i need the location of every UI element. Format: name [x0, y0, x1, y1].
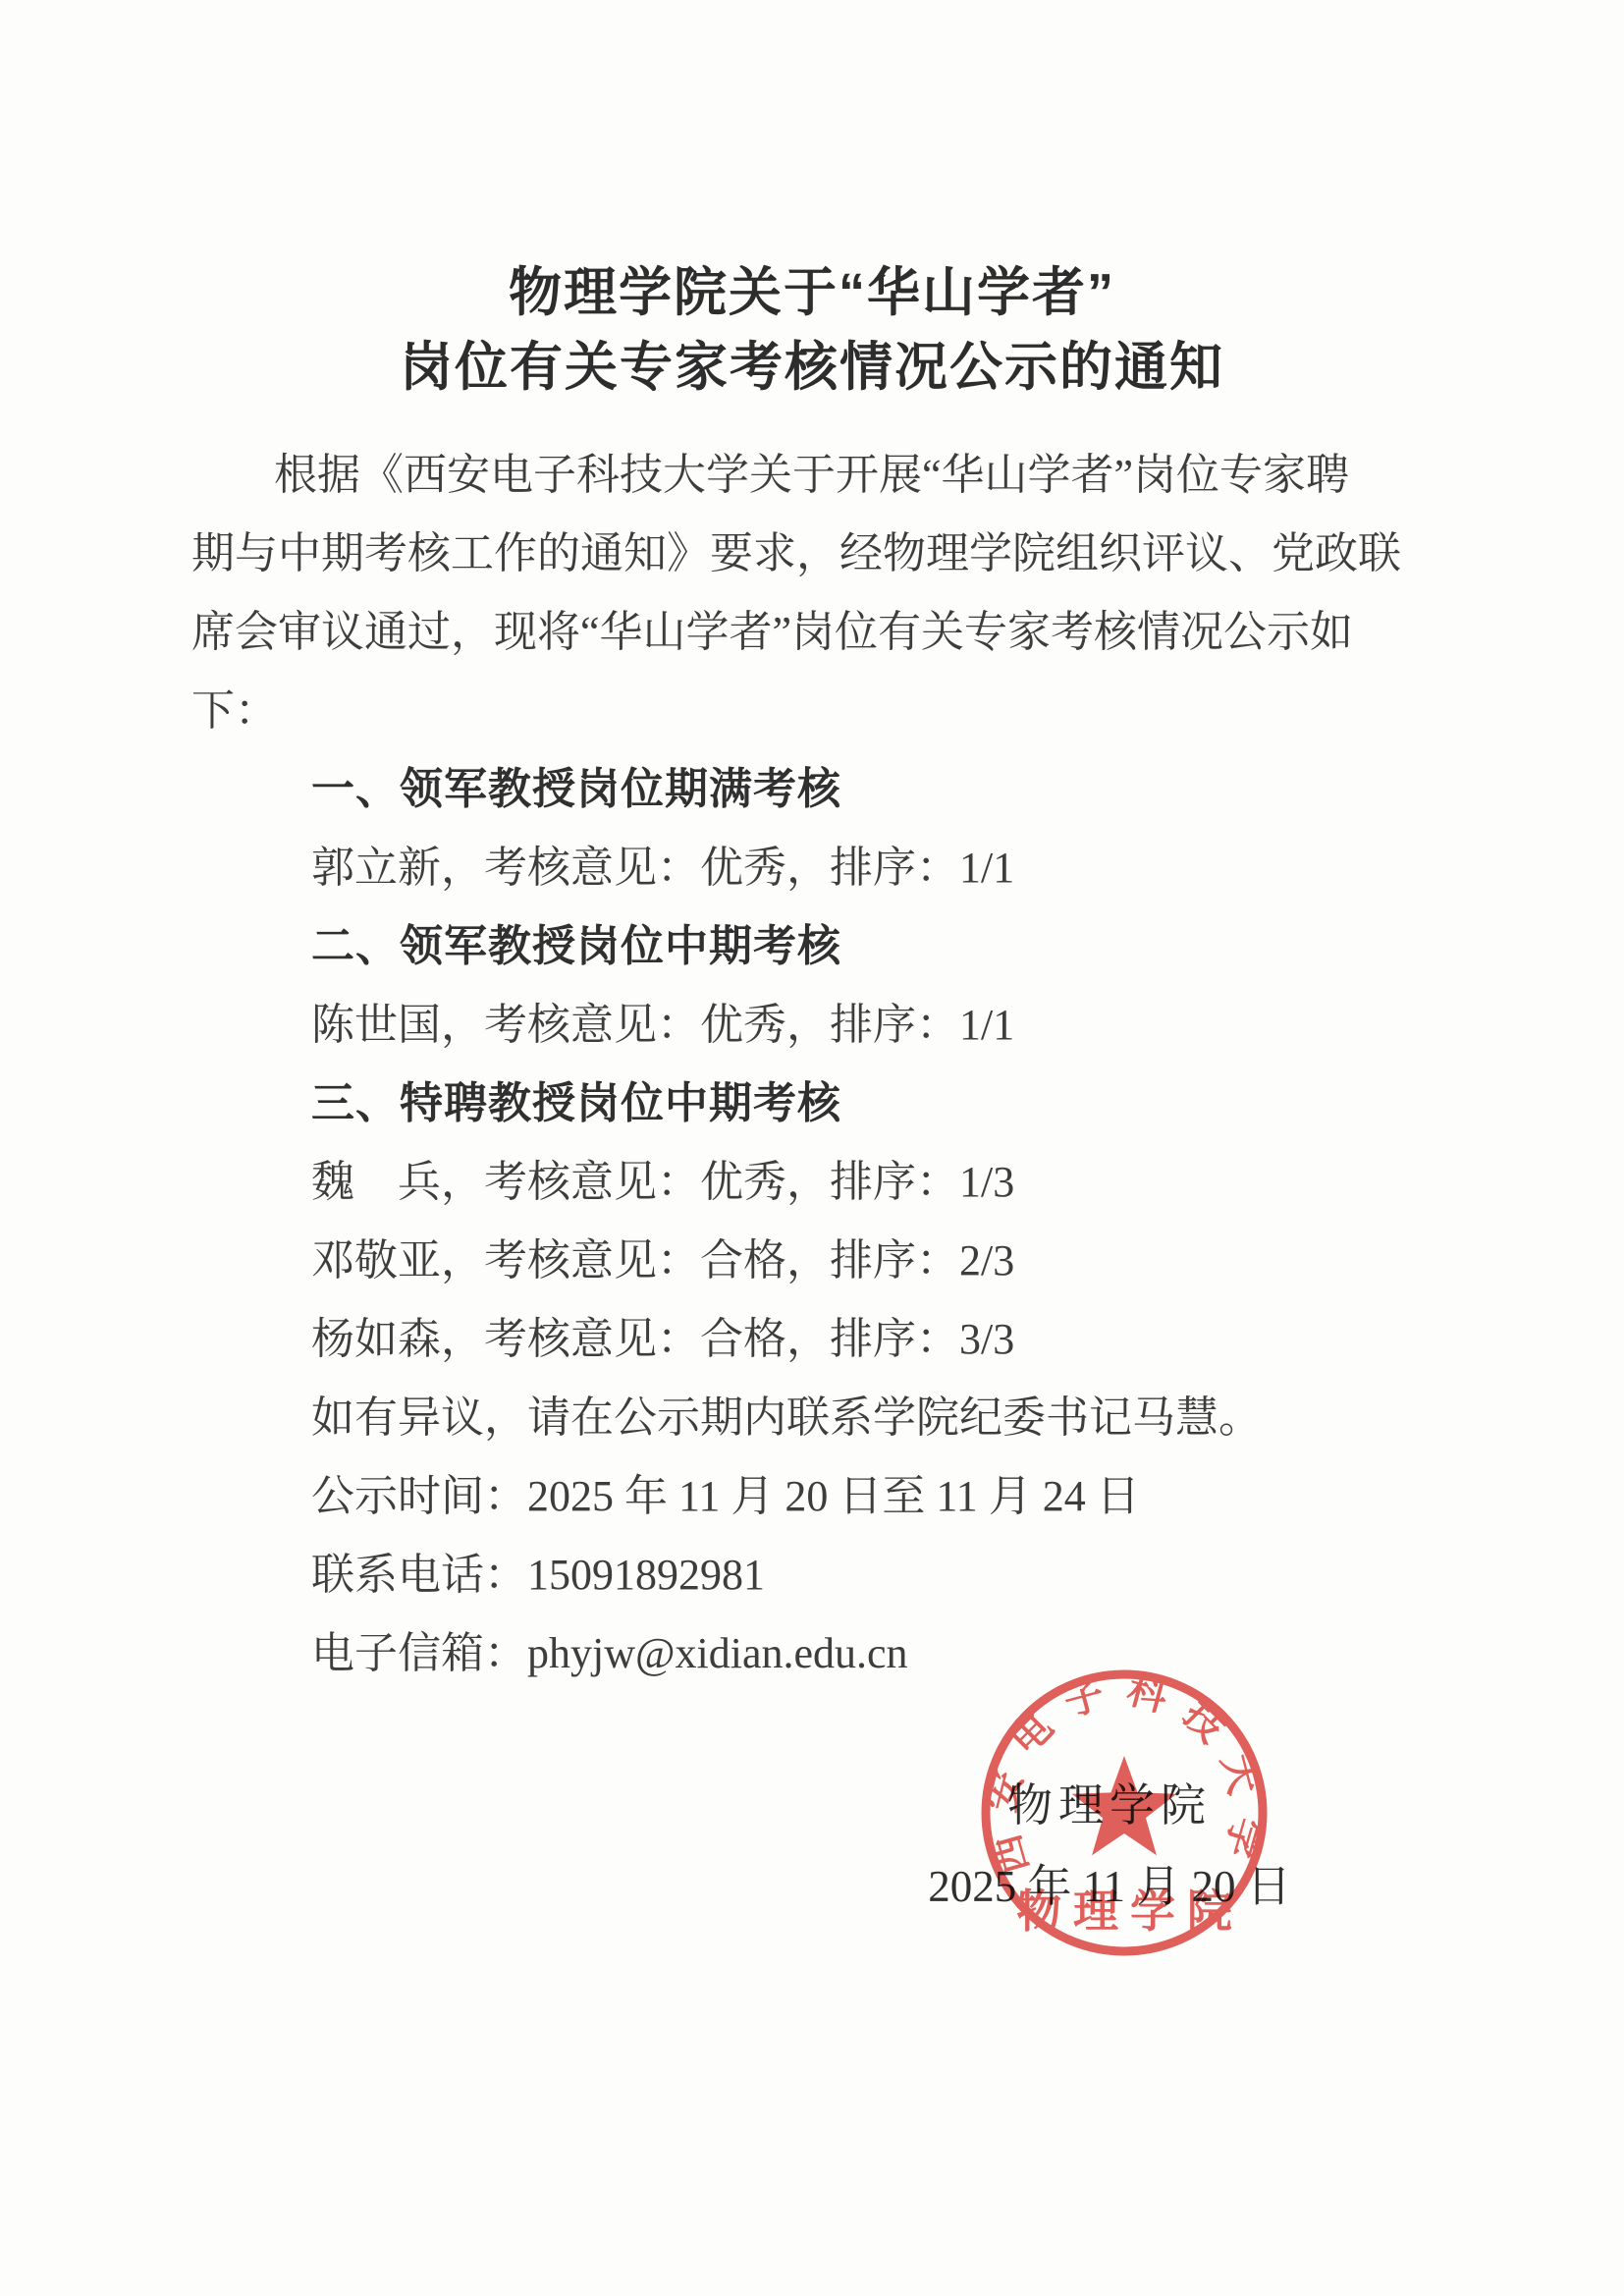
notice-body: 根据《西安电子科技大学关于开展“华山学者”岗位专家聘 期与中期考核工作的通知》要… [191, 436, 1433, 1693]
publicity-period: 公示时间：2025 年 11 月 20 日至 11 月 24 日 [191, 1457, 1433, 1536]
section-2-heading: 二、领军教授岗位中期考核 [191, 907, 1433, 986]
notice-title-line2: 岗位有关专家考核情况公示的通知 [191, 330, 1433, 405]
notice-title-line1: 物理学院关于“华山学者” [191, 255, 1433, 330]
assessment-entry: 陈世国，考核意见：优秀，排序：1/1 [191, 986, 1433, 1065]
objection-note: 如有异议，请在公示期内联系学院纪委书记马慧。 [191, 1379, 1433, 1457]
star-icon [1072, 1756, 1177, 1855]
paragraph-line: 席会审议通过，现将“华山学者”岗位有关专家考核情况公示如 [191, 593, 1433, 672]
assessment-entry: 邓敬亚，考核意见：合格，排序：2/3 [191, 1222, 1433, 1300]
seal-org-text: 物理学院 [1016, 1886, 1244, 1937]
assessment-entry: 魏 兵，考核意见：优秀，排序：1/3 [191, 1143, 1433, 1222]
official-seal: 西安电子科技大学 物理学院 [957, 1646, 1291, 1980]
notice-title: 物理学院关于“华山学者” 岗位有关专家考核情况公示的通知 [191, 255, 1433, 405]
contact-phone: 联系电话：15091892981 [191, 1536, 1433, 1614]
document-page: 物理学院关于“华山学者” 岗位有关专家考核情况公示的通知 根据《西安电子科技大学… [0, 0, 1624, 2296]
paragraph-line: 下： [191, 672, 1433, 750]
section-3-heading: 三、特聘教授岗位中期考核 [191, 1065, 1433, 1143]
paragraph-line: 根据《西安电子科技大学关于开展“华山学者”岗位专家聘 [191, 436, 1433, 515]
assessment-entry: 杨如森，考核意见：合格，排序：3/3 [191, 1300, 1433, 1379]
paragraph-line: 期与中期考核工作的通知》要求，经物理学院组织评议、党政联 [191, 515, 1433, 593]
notice-content: 物理学院关于“华山学者” 岗位有关专家考核情况公示的通知 根据《西安电子科技大学… [191, 255, 1433, 1693]
assessment-entry: 郭立新，考核意见：优秀，排序：1/1 [191, 829, 1433, 907]
section-1-heading: 一、领军教授岗位期满考核 [191, 750, 1433, 829]
